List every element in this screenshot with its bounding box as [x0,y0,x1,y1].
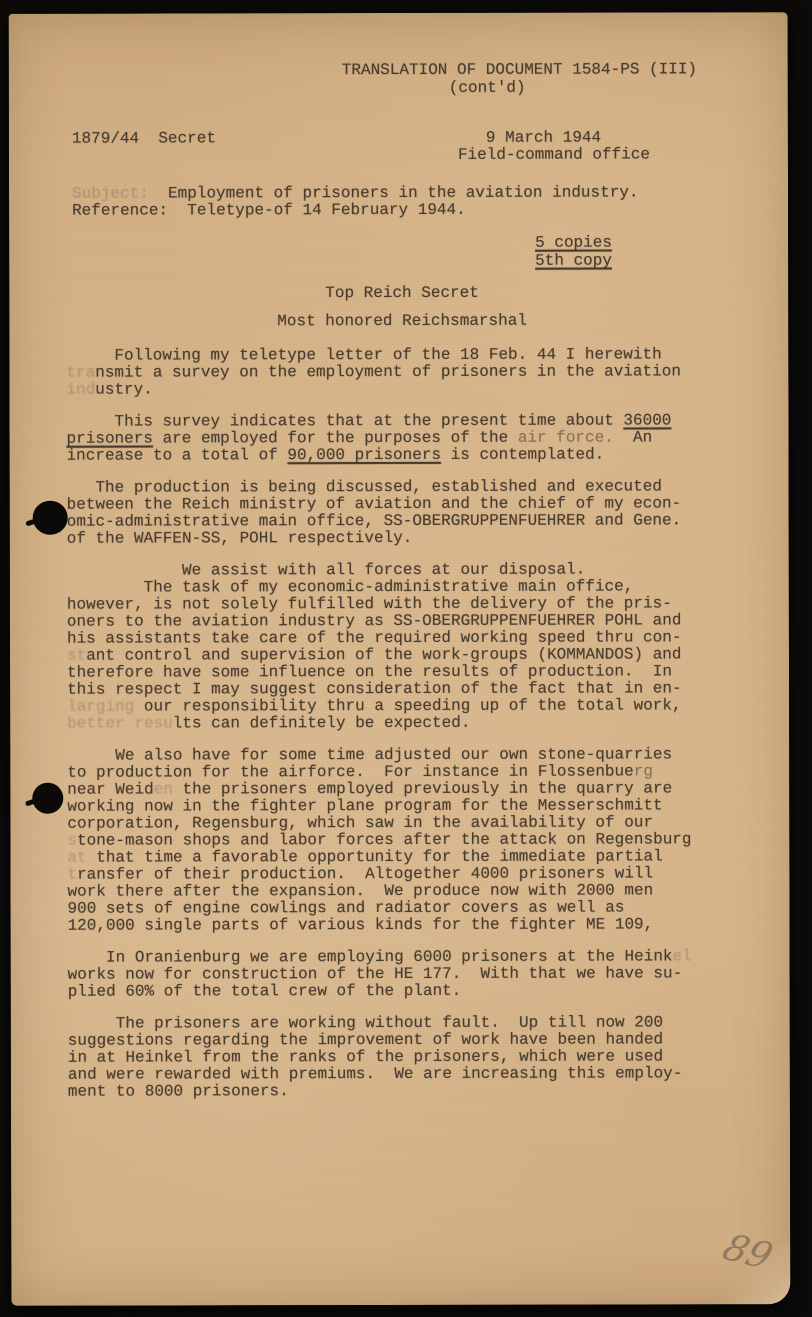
subject-line: Subject: Employment of prisoners in the … [72,184,639,202]
document-date: 9 March 1944 [486,130,601,147]
paragraph: This survey indicates that at the presen… [66,412,726,464]
salutation: Most honored Reichsmarshal [277,313,527,331]
text-line: increase to a total of 90,000 prisoners … [67,446,727,464]
paragraph: We assist with all forces at our disposa… [67,561,727,732]
issuing-office: Field-command office [458,146,650,163]
paragraph: The production is being discussed, estab… [67,478,727,547]
subject-text: Employment of prisoners in the aviation … [149,183,639,202]
text-line: of the WAFFEN-SS, POHL respectively. [67,529,727,547]
text-line: prisoners are employed for the purposes … [67,429,727,447]
document-paper: TRANSLATION OF DOCUMENT 1584-PS (III) (c… [9,12,791,1306]
paragraph: We also have for some time adjusted our … [67,746,727,934]
reference-number: 1879/44 Secret [72,130,216,147]
copies-count: 5 copies [535,235,612,252]
body-paragraphs: Following my teletype letter of the 18 F… [66,346,728,1100]
document-title: TRANSLATION OF DOCUMENT 1584-PS (III) [342,61,697,79]
classification-heading: Top Reich Secret [325,285,479,302]
text-line: 120,000 single parts of various kinds fo… [68,916,728,934]
subject-label: Subject: [72,185,149,203]
reference-line: Reference: Teletype-of 14 February 1944. [72,202,466,220]
document-title-contd: (cont'd) [449,80,526,97]
copy-number: 5th copy [535,253,612,270]
text-line: work there after the expansion. We produ… [67,882,727,900]
paragraph: In Oranienburg we are employing 6000 pri… [68,948,728,1000]
hole-punch-top [33,501,68,535]
text-line: better results can definitely be expecte… [67,714,727,732]
pencil-page-mark: 89 [717,1226,779,1278]
scanned-document-page: { "header": { "title_line1": "TRANSLATIO… [0,0,812,1317]
text-line: ment to 8000 prisoners. [68,1082,728,1100]
text-line: larging our responsibility thru a speedi… [67,697,727,715]
paragraph: Following my teletype letter of the 18 F… [66,346,726,398]
hole-punch-bottom [32,783,63,814]
text-line: plied 60% of the total crew of the plant… [68,982,728,1000]
text-line: and were rewarded with premiums. We are … [68,1065,728,1083]
reference-label: Reference: [72,201,168,219]
reference-text: Teletype-of 14 February 1944. [168,201,466,220]
text-line: works now for construction of the HE 177… [68,965,728,983]
text-line: transmit a survey on the employment of p… [66,363,726,381]
text-line: industry. [66,380,726,398]
text-line: omic-administrative main office, SS-OBER… [67,512,727,530]
paragraph: The prisoners are working without fault.… [68,1014,728,1100]
